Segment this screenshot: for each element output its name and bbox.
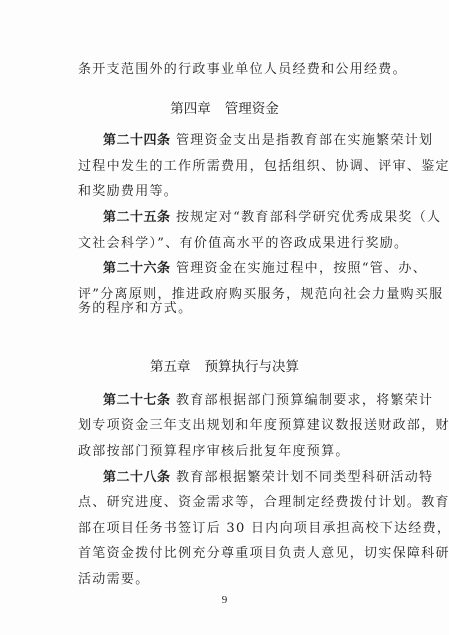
article-text: 管理资金支出是指教育部在实施繁荣计划 (176, 133, 433, 148)
text-line: 务的程序和方式。 (78, 301, 390, 317)
text-line: 点、研究进度、资金需求等，合理制定经费拨付计划。教育 (78, 495, 390, 511)
article-24: 第二十四条 管理资金支出是指教育部在实施繁荣计划 (103, 133, 390, 149)
text-line: 划专项资金三年支出规划和年度预算建议数报送财政部，财 (78, 418, 390, 434)
article-26: 第二十六条 管理资金在实施过程中，按照“管、办、 (103, 261, 390, 277)
text-line: 和奖励费用等。 (78, 184, 390, 200)
article-28: 第二十八条 教育部根据繁荣计划不同类型科研活动特 (103, 470, 390, 486)
chapter-number: 第五章 (150, 359, 191, 375)
text-line: 活动需要。 (78, 572, 390, 588)
article-label: 第二十五条 (103, 210, 171, 225)
chapter-title: 预算执行与决算 (205, 359, 300, 375)
article-text: 按规定对“教育部科学研究优秀成果奖（人 (176, 210, 441, 225)
document-page: 条开支范围外的行政事业单位人员经费和公用经费。 第四章管理资金 第二十四条 管理… (0, 0, 449, 635)
page-number: 9 (0, 594, 449, 606)
article-25: 第二十五条 按规定对“教育部科学研究优秀成果奖（人 (103, 210, 390, 226)
text-line: 文社会科学）”、有价值高水平的咨政成果进行奖励。 (78, 236, 390, 252)
article-text: 教育部根据部门预算编制要求，将繁荣计 (176, 393, 433, 408)
text-line: 首笔资金拨付比例充分尊重项目负责人意见，切实保障科研 (78, 546, 390, 562)
article-label: 第二十七条 (103, 393, 171, 408)
article-text: 管理资金在实施过程中，按照“管、办、 (176, 261, 427, 276)
chapter-heading-4: 第四章管理资金 (0, 97, 449, 117)
chapter-number: 第四章 (170, 101, 211, 117)
article-text: 教育部根据繁荣计划不同类型科研活动特 (176, 470, 433, 485)
text-line: 过程中发生的工作所需费用，包括组织、协调、评审、鉴定 (78, 159, 390, 175)
chapter-heading-5: 第五章预算执行与决算 (0, 355, 449, 375)
article-label: 第二十四条 (103, 133, 171, 148)
article-label: 第二十八条 (103, 470, 171, 485)
text-line: 部在项目任务书签订后 30 日内向项目承担高校下达经费， (78, 521, 390, 537)
text-line: 条开支范围外的行政事业单位人员经费和公用经费。 (78, 62, 390, 78)
article-label: 第二十六条 (103, 261, 171, 276)
article-27: 第二十七条 教育部根据部门预算编制要求，将繁荣计 (103, 393, 390, 409)
text-line: 政部按部门预算程序审核后批复年度预算。 (78, 444, 390, 460)
chapter-title: 管理资金 (225, 101, 279, 117)
